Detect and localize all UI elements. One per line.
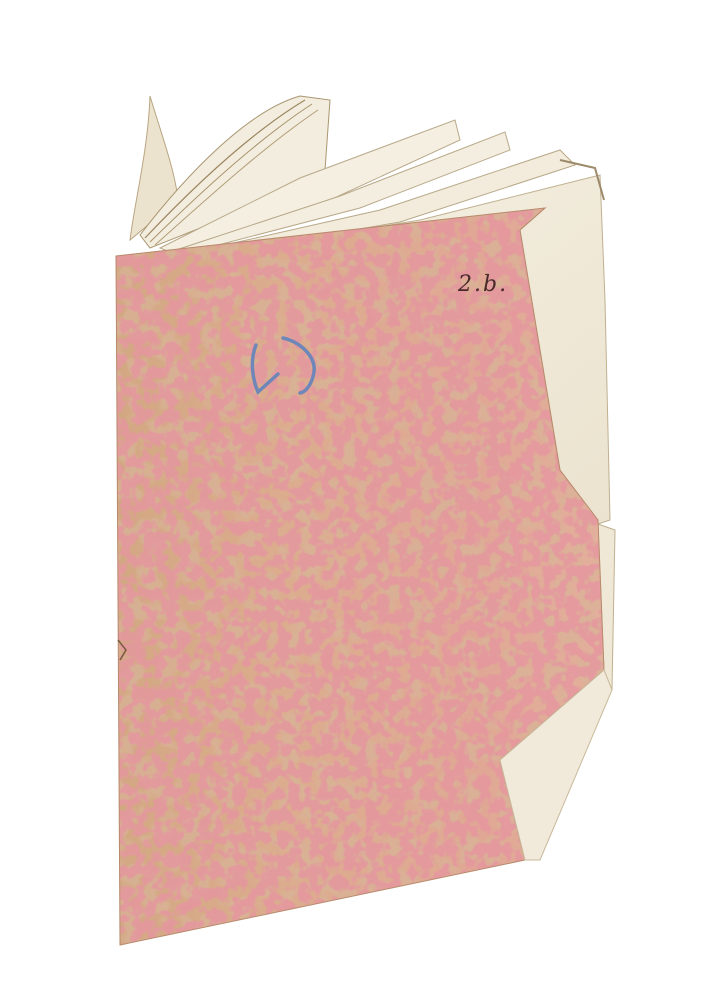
booklet-photo (0, 0, 702, 1000)
handwritten-shelfmark: 2.b. (458, 272, 508, 297)
